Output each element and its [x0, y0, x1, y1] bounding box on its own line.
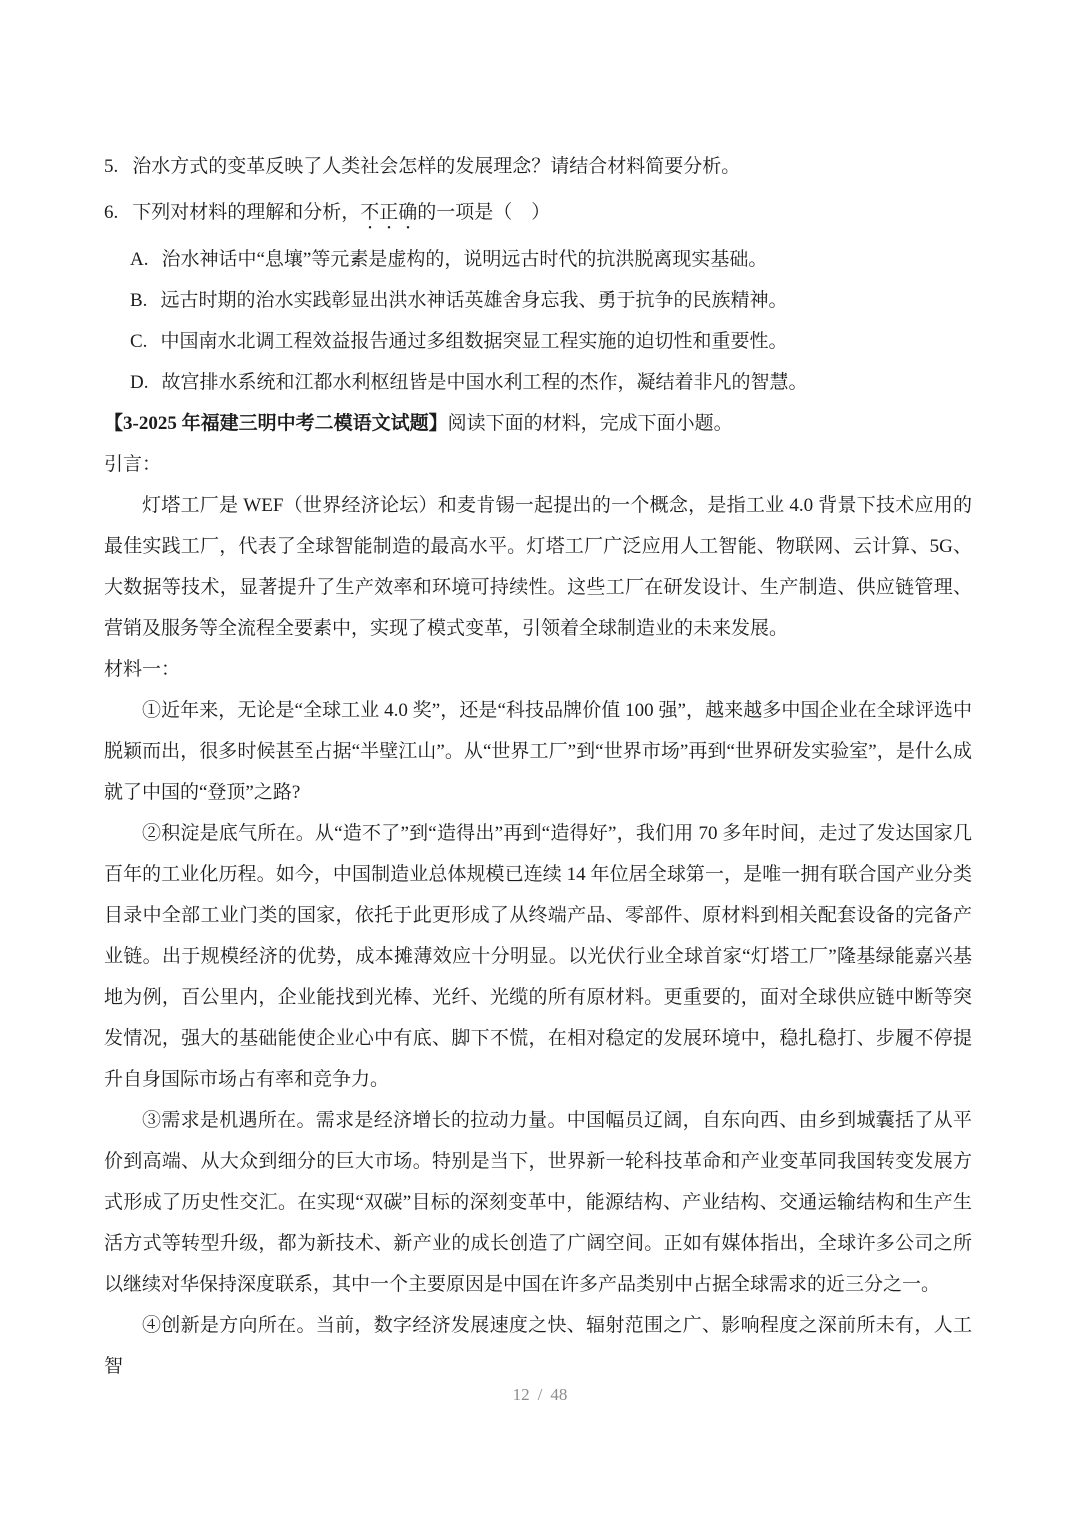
question-5: 5.治水方式的变革反映了人类社会怎样的发展理念？请结合材料简要分析。: [104, 146, 972, 187]
option-a-text: 治水神话中“息壤”等元素是虚构的，说明远古时代的抗洪脱离现实基础。: [161, 249, 767, 270]
option-b-text: 远古时期的治水实践彰显出洪水神话英雄舍身忘我、勇于抗争的民族精神。: [160, 290, 787, 311]
question-6-text-after: 的一项是（ ）: [417, 202, 550, 223]
option-a-label: A.: [130, 239, 148, 280]
passage-paragraph-2: ②积淀是底气所在。从“造不了”到“造得出”再到“造得好”，我们用 70 多年时间…: [104, 813, 972, 1100]
current-page-number: 12: [513, 1385, 530, 1404]
section-instruction: 阅读下面的材料，完成下面小题。: [448, 413, 733, 434]
question-5-text: 治水方式的变革反映了人类社会怎样的发展理念？请结合材料简要分析。: [132, 156, 740, 177]
page-content: 5.治水方式的变革反映了人类社会怎样的发展理念？请结合材料简要分析。 6.下列对…: [104, 146, 972, 1387]
option-c-label: C.: [130, 321, 147, 362]
option-c: C.中国南水北调工程效益报告通过多组数据突显工程实施的迫切性和重要性。: [130, 321, 972, 362]
exam-document-page: 5.治水方式的变革反映了人类社会怎样的发展理念？请结合材料简要分析。 6.下列对…: [0, 0, 1080, 1513]
passage-paragraph-3: ③需求是机遇所在。需求是经济增长的拉动力量。中国幅员辽阔，自东向西、由乡到城囊括…: [104, 1100, 972, 1305]
material-one-label: 材料一：: [104, 649, 972, 690]
page-separator: /: [538, 1385, 543, 1404]
question-6-emphasized-text: 不正确: [360, 202, 417, 223]
passage-paragraph-4-truncated: ④创新是方向所在。当前，数字经济发展速度之快、辐射范围之广、影响程度之深前所未有…: [104, 1305, 972, 1387]
question-5-number: 5.: [104, 146, 118, 187]
intro-label: 引言：: [104, 444, 972, 485]
section-header: 【3-2025 年福建三明中考二模语文试题】阅读下面的材料，完成下面小题。: [104, 403, 972, 444]
option-d-label: D.: [130, 362, 148, 403]
question-6-number: 6.: [104, 192, 118, 233]
intro-paragraph: 灯塔工厂是 WEF（世界经济论坛）和麦肯锡一起提出的一个概念，是指工业 4.0 …: [104, 485, 972, 649]
option-a: A.治水神话中“息壤”等元素是虚构的，说明远古时代的抗洪脱离现实基础。: [130, 239, 972, 280]
question-6-text-before: 下列对材料的理解和分析，: [132, 202, 360, 223]
exam-source-tag: 【3-2025 年福建三明中考二模语文试题】: [104, 413, 448, 434]
passage-paragraph-1: ①近年来，无论是“全球工业 4.0 奖”，还是“科技品牌价值 100 强”，越来…: [104, 690, 972, 813]
option-d-text: 故宫排水系统和江都水利枢纽皆是中国水利工程的杰作，凝结着非凡的智慧。: [161, 372, 807, 393]
option-d: D.故宫排水系统和江都水利枢纽皆是中国水利工程的杰作，凝结着非凡的智慧。: [130, 362, 972, 403]
question-6: 6.下列对材料的理解和分析，不正确的一项是（ ）: [104, 192, 972, 234]
option-b: B.远古时期的治水实践彰显出洪水神话英雄舍身忘我、勇于抗争的民族精神。: [130, 280, 972, 321]
option-b-label: B.: [130, 280, 147, 321]
page-footer: 12/48: [0, 1383, 1080, 1407]
option-c-text: 中国南水北调工程效益报告通过多组数据突显工程实施的迫切性和重要性。: [160, 331, 787, 352]
total-page-count: 48: [550, 1385, 567, 1404]
